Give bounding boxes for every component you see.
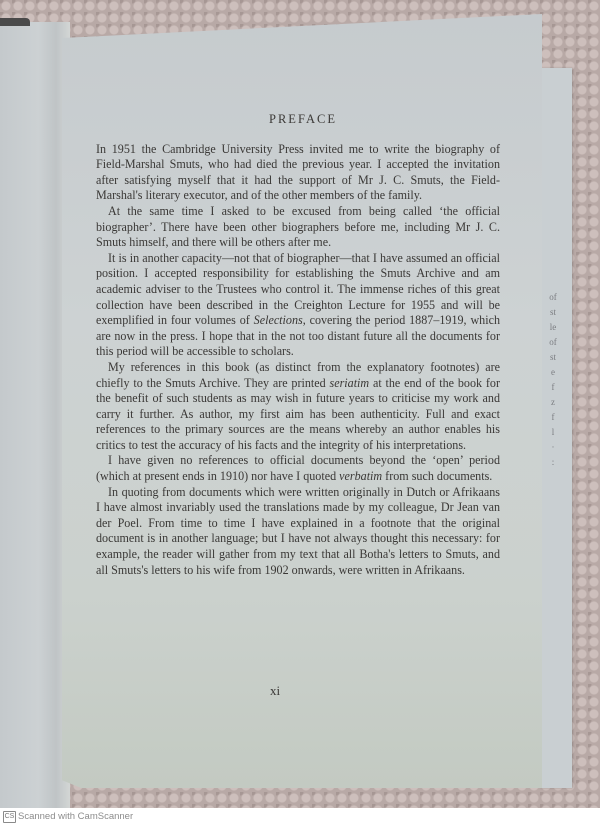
italic-selections: Selections xyxy=(254,313,303,327)
fragment: f xyxy=(547,410,559,425)
paragraph-5-text-b: from such documents. xyxy=(382,469,492,483)
fragment: : xyxy=(547,455,559,470)
fragment: of xyxy=(547,335,559,350)
paragraph-5: I have given no references to official d… xyxy=(96,453,500,484)
fragment: st xyxy=(547,350,559,365)
italic-seriatim: seriatim xyxy=(330,376,370,390)
fragment: l xyxy=(547,425,559,440)
camscanner-logo-icon: CS xyxy=(3,811,16,823)
page-number: xi xyxy=(270,683,280,699)
paragraph-6: In quoting from documents which were wri… xyxy=(96,485,500,579)
paragraph-2: At the same time I asked to be excused f… xyxy=(96,204,500,251)
page-title: PREFACE xyxy=(96,112,500,128)
fragment: f xyxy=(547,380,559,395)
photo-background: of st le of st e f z f l · : PREFACE In … xyxy=(0,0,600,808)
fragment: st xyxy=(547,305,559,320)
left-facing-page xyxy=(0,22,70,808)
scanner-watermark-text: Scanned with CamScanner xyxy=(18,811,133,823)
italic-verbatim: verbatim xyxy=(339,469,382,483)
book-cover-edge xyxy=(0,18,30,26)
paragraph-3: It is in another capacity—not that of bi… xyxy=(96,251,500,360)
fragment: e xyxy=(547,365,559,380)
fragment: · xyxy=(547,440,559,455)
fragment: z xyxy=(547,395,559,410)
facing-page-margin-fragments: of st le of st e f z f l · : xyxy=(547,290,559,470)
scanner-footer: CS Scanned with CamScanner xyxy=(0,808,600,827)
fragment: of xyxy=(547,290,559,305)
paragraph-1: In 1951 the Cambridge University Press i… xyxy=(96,142,500,204)
page-content: PREFACE In 1951 the Cambridge University… xyxy=(96,112,500,578)
paragraph-4: My references in this book (as distinct … xyxy=(96,360,500,454)
fragment: le xyxy=(547,320,559,335)
